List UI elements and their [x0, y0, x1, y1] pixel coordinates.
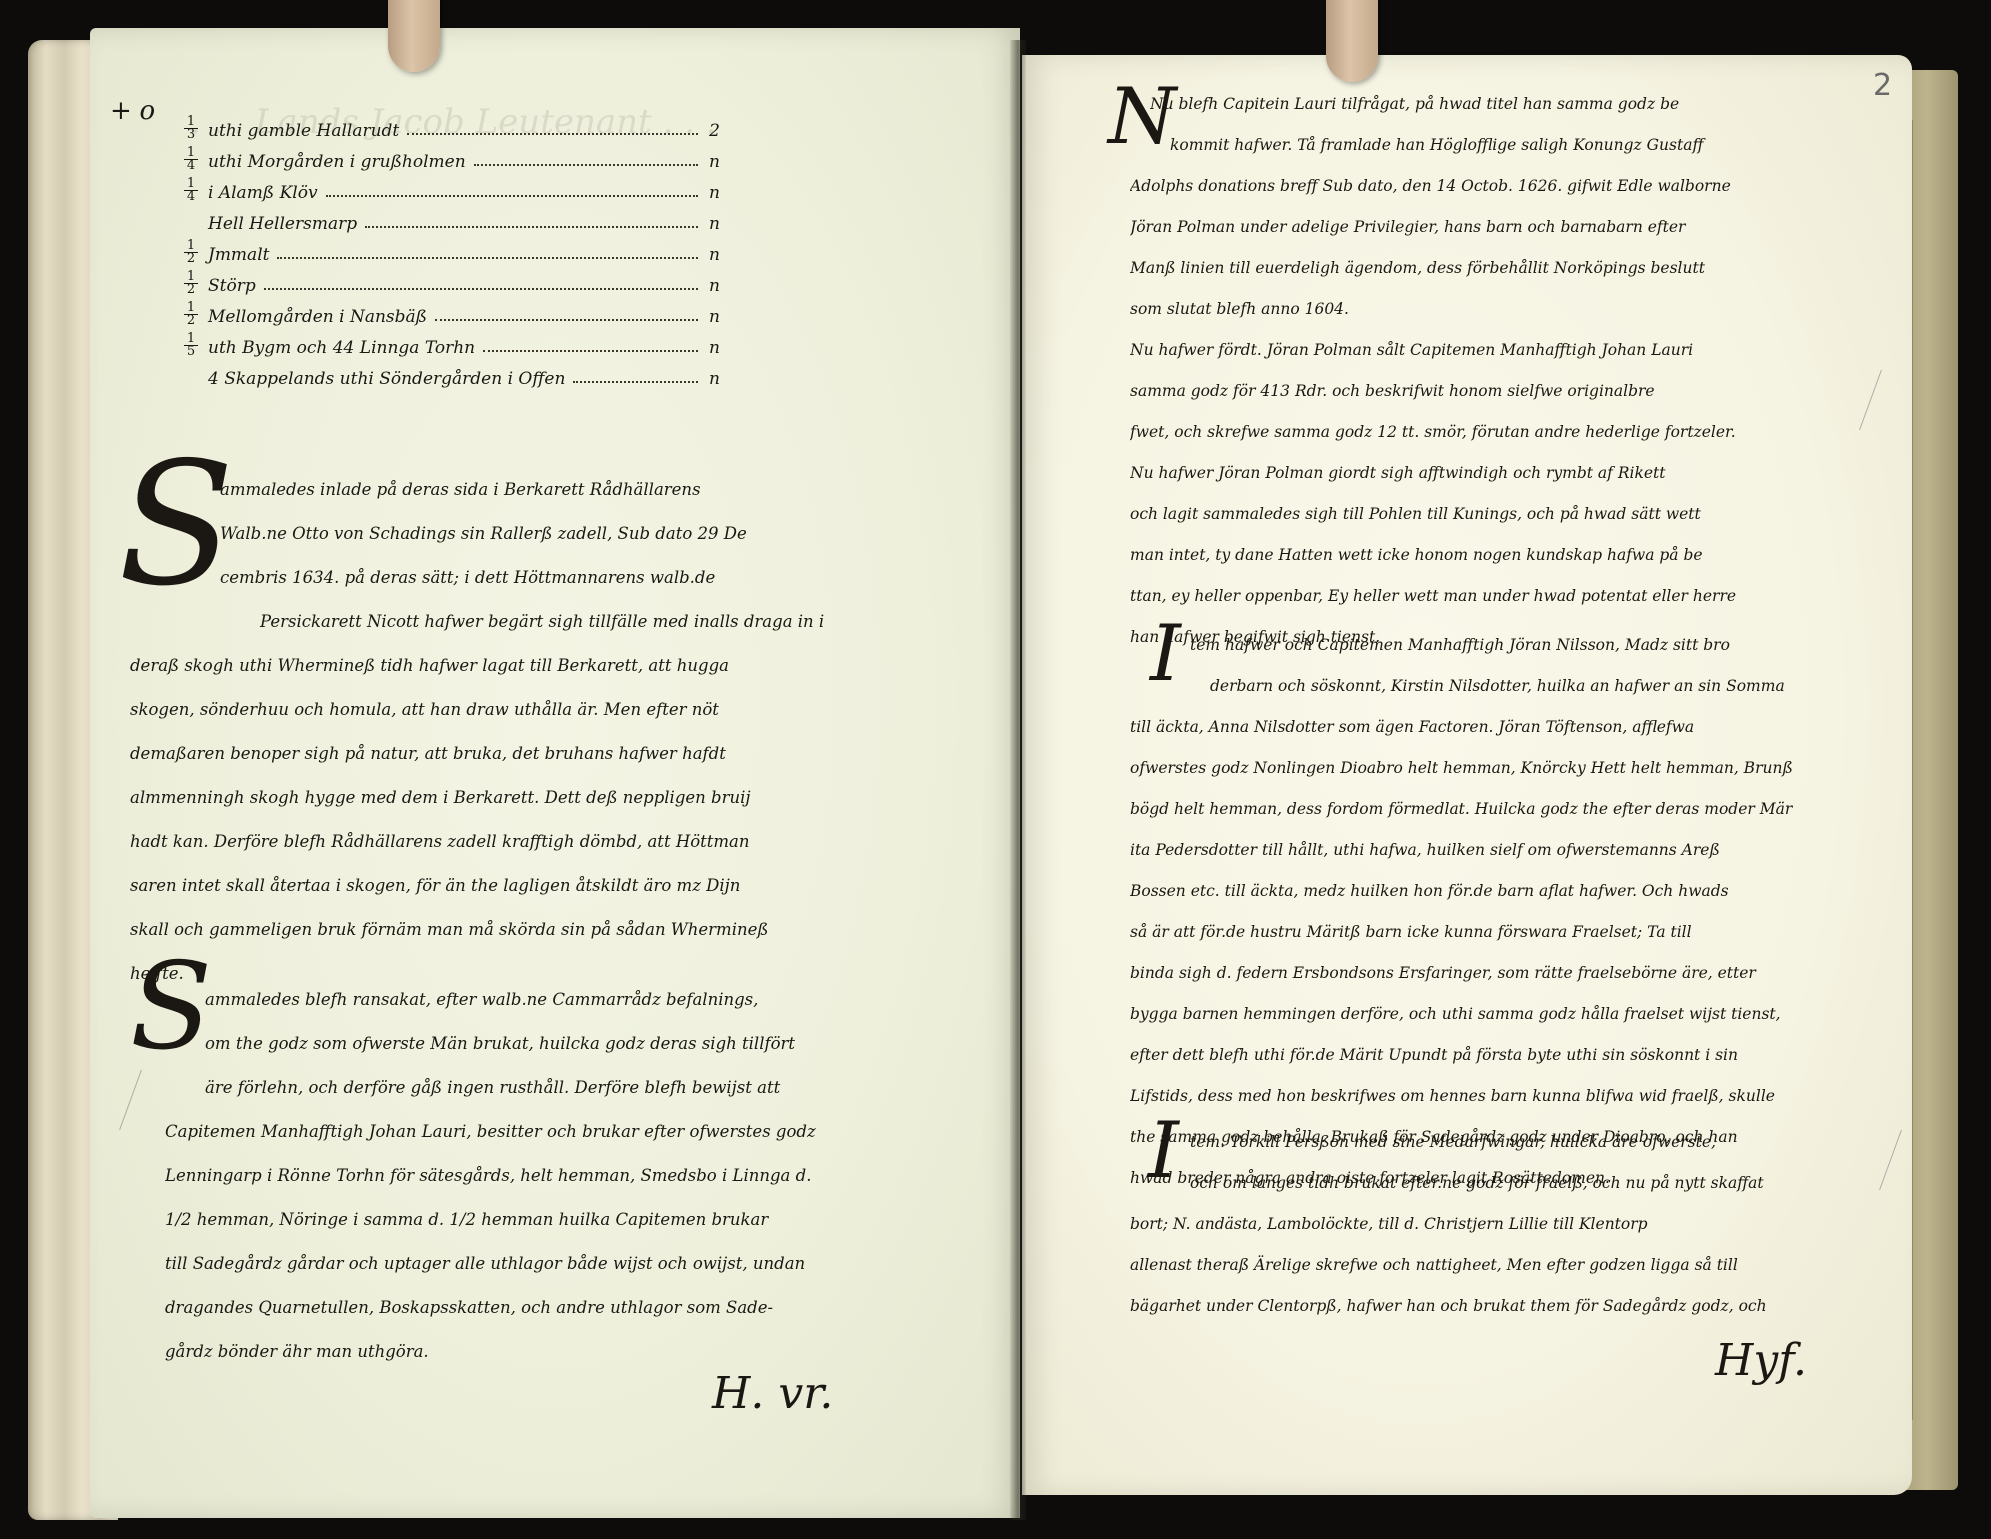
- right-paragraph-1: Nu blefh Capitein Lauri tilfrågat, på hw…: [1150, 84, 1870, 330]
- list-item: 14 i Alamß Klöv n: [180, 172, 720, 203]
- fraction: 12: [180, 240, 202, 265]
- signature: Hyf.: [1715, 1335, 1807, 1386]
- list-item: 4 Skappelands uthi Söndergården i Offen …: [180, 358, 720, 389]
- list-item: 12 Mellomgården i Nansbäß n: [180, 296, 720, 327]
- right-paragraph-4: tem. Torkill Persßon med sine Medarfwing…: [1190, 1122, 1880, 1327]
- decorated-initial: S: [130, 948, 212, 1068]
- wooden-page-holder-left: [388, 0, 440, 72]
- list-item: 12 Störp n: [180, 265, 720, 296]
- list-item: 14 uthi Morgården i grußholmen n: [180, 141, 720, 172]
- property-list: 13 uthi gamble Hallarudt 2 14 uthi Morgå…: [180, 110, 720, 389]
- fraction: 14: [180, 147, 202, 172]
- manuscript-photo: . . . Lands Jacob Leutenant . . . + o 13…: [0, 0, 1991, 1539]
- fraction: 13: [180, 116, 202, 141]
- fraction: 14: [180, 178, 202, 203]
- left-paragraph-2: ammaledes blefh ransakat, efter walb.ne …: [205, 978, 985, 1374]
- decorated-initial: S: [118, 440, 234, 610]
- list-item: 13 uthi gamble Hallarudt 2: [180, 110, 720, 141]
- fraction: 12: [180, 271, 202, 296]
- list-item: 15 uth Bygm och 44 Linnga Torhn n: [180, 327, 720, 358]
- signature: H. vr.: [712, 1368, 833, 1419]
- folio-number: 2: [1873, 68, 1892, 103]
- decorated-initial: I: [1150, 615, 1181, 693]
- fraction: 12: [180, 302, 202, 327]
- book-spine: [1010, 40, 1026, 1520]
- decorated-initial: I: [1148, 1112, 1179, 1190]
- fraction: 15: [180, 333, 202, 358]
- right-paragraph-3: tem hafwer och Capitemen Manhafftigh Jör…: [1190, 625, 1880, 1199]
- right-paragraph-2: Nu hafwer fördt. Jöran Polman sålt Capit…: [1130, 330, 1870, 658]
- list-item: 12 Jmmalt n: [180, 234, 720, 265]
- left-paragraph-1: ammaledes inlade på deras sida i Berkare…: [220, 468, 980, 996]
- corner-mark: + o: [110, 96, 155, 126]
- wooden-page-holder-right: [1326, 0, 1378, 82]
- list-item: Hell Hellersmarp n: [180, 203, 720, 234]
